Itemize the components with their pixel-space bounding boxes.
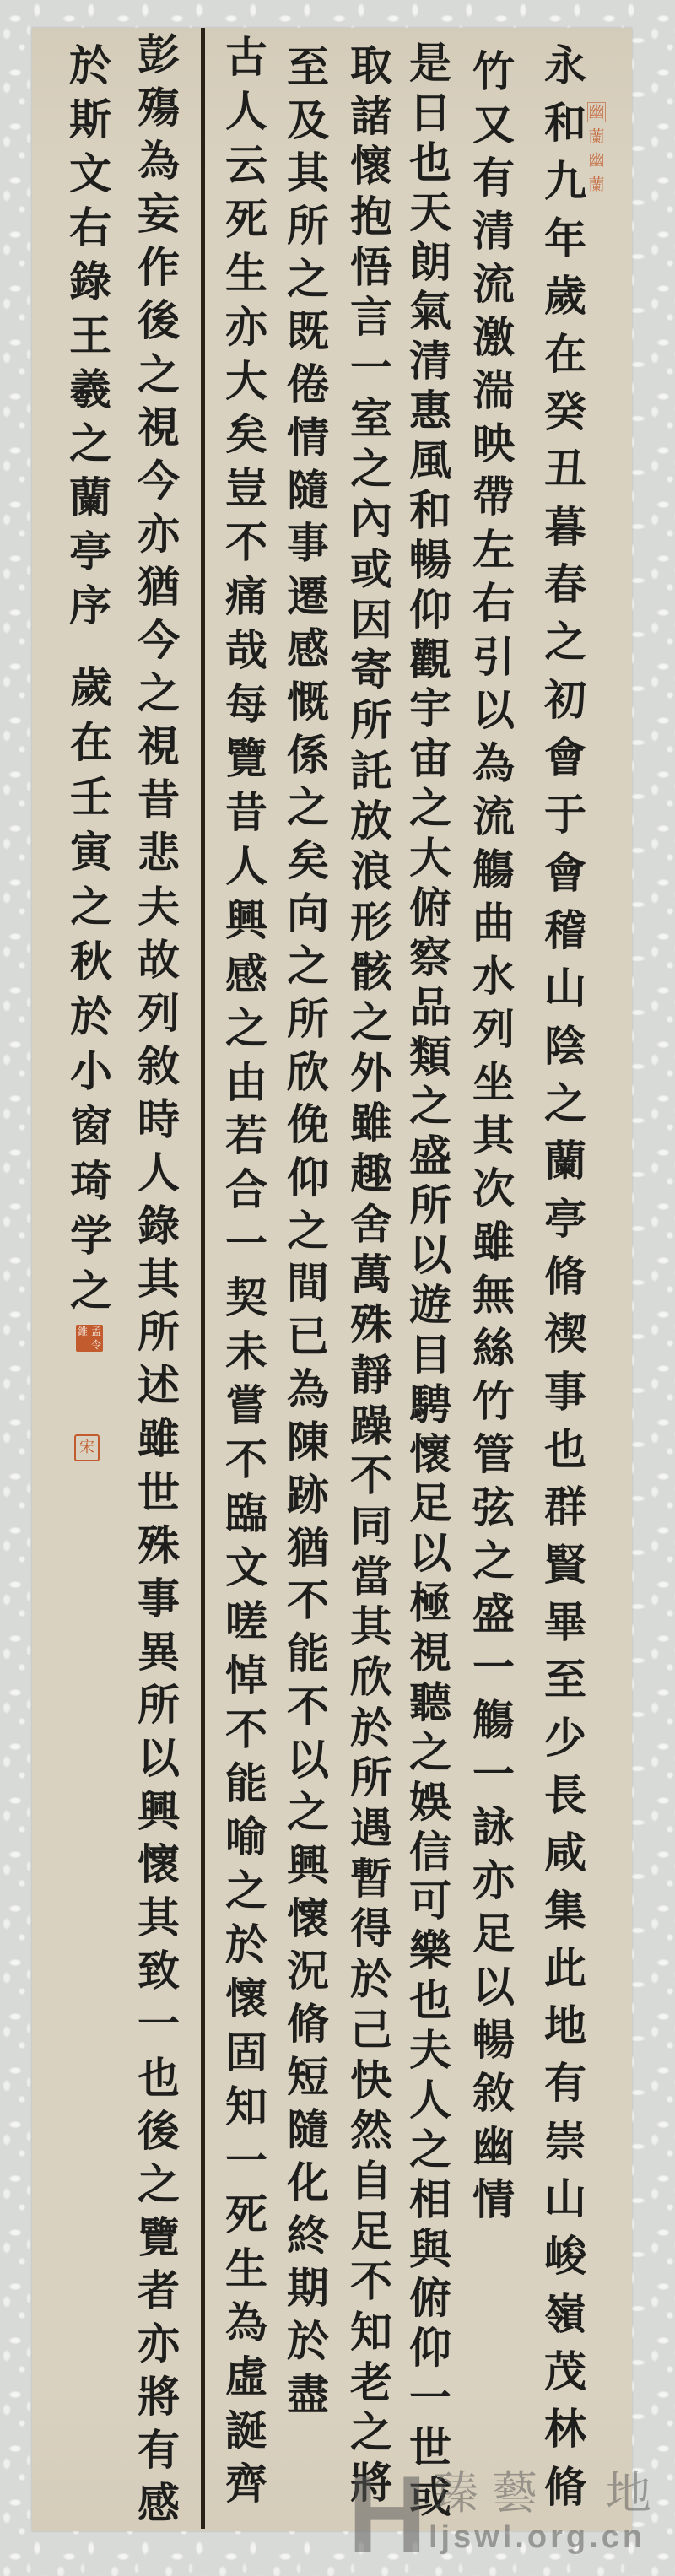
calligraphy-character: 其 xyxy=(138,1897,180,1939)
calligraphy-character: 幽 xyxy=(472,2125,515,2168)
calligraphy-character: 於 xyxy=(287,2320,329,2363)
calligraphy-character: 信 xyxy=(409,1831,451,1873)
calligraphy-character: 人 xyxy=(225,90,267,132)
signature-character: 窗 xyxy=(70,1105,112,1148)
calligraphy-character: 王 xyxy=(69,315,111,357)
text-column-6: 古人云死生亦大矣豈不痛哉每覽昔人興感之由若合一契未嘗不臨文嗟悼不能喻之於懷固知一… xyxy=(221,36,272,2506)
calligraphy-character: 取 xyxy=(350,45,392,87)
calligraphy-character: 當 xyxy=(350,1556,392,1598)
text-column-3: 是日也天朗氣清惠風和暢仰觀宇宙之大俯察品類之盛所以遊目騁懷足以極視聽之娛信可樂也… xyxy=(405,42,456,2519)
calligraphy-character: 世 xyxy=(138,1472,180,1514)
seal-glyph: 幽 xyxy=(588,151,604,170)
calligraphy-character: 有 xyxy=(472,157,515,199)
calligraphy-character: 品 xyxy=(409,986,451,1029)
calligraphy-character: 後 xyxy=(138,300,180,342)
calligraphy-character: 形 xyxy=(350,901,392,943)
calligraphy-character: 亦 xyxy=(472,1860,515,1902)
calligraphy-character: 大 xyxy=(225,360,267,402)
calligraphy-character: 日 xyxy=(409,92,451,134)
calligraphy-character: 契 xyxy=(225,1277,267,1319)
calligraphy-character: 已 xyxy=(287,1315,329,1358)
calligraphy-character: 所 xyxy=(409,1185,451,1227)
calligraphy-character: 之 xyxy=(409,1731,451,1774)
calligraphy-character: 仰 xyxy=(409,2327,451,2369)
calligraphy-character: 一 xyxy=(472,1646,515,1688)
calligraphy-character: 脩 xyxy=(544,1256,586,1298)
calligraphy-character: 清 xyxy=(472,210,515,252)
header-seal: 幽蘭幽蘭 xyxy=(587,103,606,194)
calligraphy-character: 仰 xyxy=(409,589,451,631)
calligraphy-character: 脩 xyxy=(544,2466,586,2508)
calligraphy-character: 所 xyxy=(350,1757,392,1799)
calligraphy-character: 所 xyxy=(287,205,329,247)
calligraphy-character: 骸 xyxy=(350,951,392,993)
calligraphy-character: 為 xyxy=(138,140,180,182)
calligraphy-character: 之 xyxy=(138,2163,180,2206)
calligraphy-character: 悟 xyxy=(350,246,392,289)
calligraphy-character: 集 xyxy=(544,1890,586,1932)
calligraphy-character: 視 xyxy=(138,726,180,768)
calligraphy-character: 夫 xyxy=(138,886,180,928)
calligraphy-character: 春 xyxy=(544,564,586,606)
calligraphy-character: 歲 xyxy=(544,275,586,317)
calligraphy-character: 察 xyxy=(409,937,451,979)
calligraphy-character: 朗 xyxy=(409,241,451,284)
calligraphy-character: 觀 xyxy=(409,639,451,681)
calligraphy-character: 人 xyxy=(409,2079,451,2121)
calligraphy-character: 殊 xyxy=(138,1525,180,1567)
calligraphy-character: 其 xyxy=(287,152,329,194)
calligraphy-character: 懷 xyxy=(350,145,392,187)
calligraphy-character: 之 xyxy=(287,1791,329,1833)
calligraphy-character: 至 xyxy=(544,1659,586,1701)
calligraphy-character: 期 xyxy=(287,2267,329,2309)
calligraphy-character: 樂 xyxy=(409,1930,451,1972)
calligraphy-character: 坐 xyxy=(472,1061,515,1104)
calligraphy-character: 湍 xyxy=(472,370,515,412)
seal-glyph: 蘭 xyxy=(588,176,604,194)
calligraphy-character: 俛 xyxy=(287,1104,329,1146)
calligraphy-character: 之 xyxy=(225,1870,267,1912)
calligraphy-character: 終 xyxy=(287,2215,329,2257)
calligraphy-character: 殤 xyxy=(138,87,180,129)
calligraphy-character: 又 xyxy=(472,104,515,146)
calligraphy-character: 隨 xyxy=(287,469,329,511)
calligraphy-character: 足 xyxy=(472,1913,515,1955)
calligraphy-character: 絲 xyxy=(472,1327,515,1369)
calligraphy-character: 之 xyxy=(138,354,180,396)
calligraphy-character: 於 xyxy=(69,45,111,87)
calligraphy-character: 曲 xyxy=(472,902,515,944)
signature-character: 之 xyxy=(70,1270,112,1312)
calligraphy-character: 知 xyxy=(225,2086,267,2128)
calligraphy-character: 足 xyxy=(350,2211,392,2253)
calligraphy-character: 妄 xyxy=(138,193,180,235)
calligraphy-character: 生 xyxy=(225,252,267,294)
calligraphy-character: 騁 xyxy=(409,1384,451,1426)
calligraphy-character: 嘗 xyxy=(225,1385,267,1427)
calligraphy-character: 所 xyxy=(138,1684,180,1726)
calligraphy-character: 因 xyxy=(350,599,392,641)
calligraphy-character: 一 xyxy=(138,2003,180,2045)
calligraphy-character: 哉 xyxy=(225,629,267,672)
calligraphy-character: 興 xyxy=(138,1790,180,1833)
calligraphy-character: 峻 xyxy=(544,2235,586,2277)
calligraphy-character: 以 xyxy=(138,1737,180,1779)
calligraphy-character: 右 xyxy=(472,582,515,624)
calligraphy-character: 不 xyxy=(350,2260,392,2303)
calligraphy-character: 懷 xyxy=(287,1898,329,1940)
calligraphy-character: 不 xyxy=(225,1439,267,1481)
calligraphy-character: 之 xyxy=(287,786,329,829)
seal-glyph: 錐 xyxy=(78,1326,88,1337)
calligraphy-character: 固 xyxy=(225,2032,267,2074)
calligraphy-character: 觴 xyxy=(472,849,515,891)
calligraphy-character: 盛 xyxy=(472,1593,515,1635)
calligraphy-character: 之 xyxy=(287,1210,329,1252)
calligraphy-character: 錄 xyxy=(138,1205,180,1247)
calligraphy-character: 觴 xyxy=(472,1699,515,1742)
calligraphy-character: 猶 xyxy=(138,566,180,608)
calligraphy-character: 未 xyxy=(225,1331,267,1373)
calligraphy-character: 得 xyxy=(350,1908,392,1950)
calligraphy-character: 人 xyxy=(225,845,267,888)
calligraphy-character: 娛 xyxy=(409,1781,451,1823)
calligraphy-character: 興 xyxy=(287,1844,329,1887)
calligraphy-character: 夫 xyxy=(409,2029,451,2071)
calligraphy-character: 亭 xyxy=(544,1198,586,1240)
calligraphy-character: 錄 xyxy=(69,261,111,303)
calligraphy-character: 亦 xyxy=(225,306,267,348)
calligraphy-character: 稽 xyxy=(544,910,586,952)
calligraphy-character: 昔 xyxy=(138,779,180,821)
calligraphy-character: 一 xyxy=(350,347,392,389)
text-column-7: 彭殤為妄作後之視今亦猶今之視昔悲夫故列敘時人錄其所述雖世殊事異所以興懷其致一也後… xyxy=(133,34,184,2525)
calligraphy-character: 既 xyxy=(287,311,329,353)
column-divider-line xyxy=(201,28,205,2529)
calligraphy-character: 懷 xyxy=(225,1978,267,2020)
calligraphy-character: 事 xyxy=(544,1371,586,1413)
calligraphy-character: 之 xyxy=(287,945,329,987)
calligraphy-character: 山 xyxy=(544,967,586,1009)
calligraphy-character: 若 xyxy=(225,1115,267,1157)
calligraphy-character: 痛 xyxy=(225,575,267,618)
calligraphy-character: 癸 xyxy=(544,391,586,433)
calligraphy-character: 雖 xyxy=(472,1221,515,1263)
calligraphy-character: 左 xyxy=(472,529,515,571)
calligraphy-character: 臨 xyxy=(225,1493,267,1535)
signature-character: 壬 xyxy=(70,776,112,818)
calligraphy-character: 盡 xyxy=(287,2373,329,2416)
calligraphy-character: 暫 xyxy=(350,1858,392,1900)
signature-character: 学 xyxy=(70,1215,112,1257)
calligraphy-character: 右 xyxy=(69,207,111,249)
calligraphy-character: 茂 xyxy=(544,2351,586,2393)
calligraphy-character: 不 xyxy=(350,1455,392,1497)
calligraphy-character: 況 xyxy=(287,1950,329,1992)
calligraphy-character: 序 xyxy=(69,585,111,627)
calligraphy-character: 浪 xyxy=(350,851,392,893)
signature-character: 在 xyxy=(70,721,112,764)
name-seal: 孟令錐 xyxy=(76,1325,103,1352)
calligraphy-character: 是 xyxy=(409,42,451,84)
calligraphy-character: 帶 xyxy=(472,476,515,518)
calligraphy-character: 同 xyxy=(350,1505,392,1547)
calligraphy-character: 間 xyxy=(287,1262,329,1304)
calligraphy-character: 喻 xyxy=(225,1816,267,1858)
calligraphy-character: 所 xyxy=(138,1311,180,1353)
calligraphy-character: 于 xyxy=(544,794,586,836)
calligraphy-character: 有 xyxy=(138,2429,180,2471)
calligraphy-character: 陳 xyxy=(287,1421,329,1463)
calligraphy-character: 一 xyxy=(225,2140,267,2182)
calligraphy-character: 合 xyxy=(225,1169,267,1211)
calligraphy-character: 竹 xyxy=(472,51,515,93)
calligraphy-character: 弦 xyxy=(472,1487,515,1529)
calligraphy-character: 暮 xyxy=(544,506,586,548)
calligraphy-character: 視 xyxy=(409,1632,451,1674)
calligraphy-character: 事 xyxy=(287,522,329,564)
calligraphy-character: 由 xyxy=(225,1061,267,1104)
calligraphy-character: 懷 xyxy=(409,1434,451,1476)
calligraphy-character: 能 xyxy=(225,1763,267,1805)
calligraphy-character: 古 xyxy=(225,36,267,78)
calligraphy-character: 之 xyxy=(544,1083,586,1125)
calligraphy-character: 在 xyxy=(544,333,586,375)
calligraphy-character: 欣 xyxy=(350,1656,392,1698)
calligraphy-character: 也 xyxy=(544,1428,586,1471)
calligraphy-character: 情 xyxy=(287,417,329,459)
calligraphy-character: 致 xyxy=(138,1950,180,1992)
calligraphy-character: 一 xyxy=(409,2377,451,2419)
calligraphy-character: 與 xyxy=(409,2228,451,2271)
calligraphy-character: 極 xyxy=(409,1582,451,1624)
calligraphy-character: 隨 xyxy=(287,2109,329,2151)
calligraphy-character: 室 xyxy=(350,397,392,440)
calligraphy-character: 相 xyxy=(409,2179,451,2221)
calligraphy-character: 盛 xyxy=(409,1135,451,1177)
calligraphy-character: 激 xyxy=(472,316,515,359)
calligraphy-character: 九 xyxy=(544,160,586,203)
calligraphy-character: 此 xyxy=(544,1947,586,1990)
calligraphy-character: 之 xyxy=(350,1002,392,1044)
signature-character: 寅 xyxy=(70,831,112,873)
calligraphy-character: 事 xyxy=(138,1578,180,1620)
calligraphy-character: 羲 xyxy=(69,369,111,411)
calligraphy-character: 引 xyxy=(472,636,515,678)
calligraphy-character: 知 xyxy=(350,2311,392,2353)
calligraphy-character: 嗟 xyxy=(225,1601,267,1643)
calligraphy-character: 不 xyxy=(225,1709,267,1751)
calligraphy-character: 於 xyxy=(225,1924,267,1966)
calligraphy-character: 文 xyxy=(225,1547,267,1589)
calligraphy-character: 向 xyxy=(287,893,329,935)
calligraphy-character: 快 xyxy=(350,2060,392,2102)
calligraphy-character: 死 xyxy=(225,2194,267,2236)
calligraphy-character: 蘭 xyxy=(544,1140,586,1182)
calligraphy-character: 其 xyxy=(138,1258,180,1300)
calligraphy-character: 天 xyxy=(409,192,451,234)
calligraphy-character: 今 xyxy=(138,619,180,662)
calligraphy-character: 能 xyxy=(287,1633,329,1675)
calligraphy-character: 為 xyxy=(225,2302,267,2344)
calligraphy-character: 其 xyxy=(472,1115,515,1157)
calligraphy-character: 不 xyxy=(287,1580,329,1622)
calligraphy-character: 異 xyxy=(138,1631,180,1673)
calligraphy-character: 覽 xyxy=(138,2217,180,2259)
calligraphy-character: 死 xyxy=(225,198,267,240)
calligraphy-character: 風 xyxy=(409,440,451,482)
calligraphy-character: 清 xyxy=(409,340,451,382)
calligraphy-character: 慨 xyxy=(287,681,329,723)
calligraphy-character: 述 xyxy=(138,1364,180,1407)
calligraphy-character: 不 xyxy=(287,1686,329,1728)
calligraphy-character: 為 xyxy=(287,1369,329,1411)
calligraphy-character: 其 xyxy=(350,1606,392,1648)
calligraphy-character: 舍 xyxy=(350,1203,392,1245)
calligraphy-character: 老 xyxy=(350,2362,392,2404)
calligraphy-character: 齊 xyxy=(225,2463,267,2505)
calligraphy-character: 世 xyxy=(409,2427,451,2469)
calligraphy-character: 俯 xyxy=(409,887,451,929)
calligraphy-character: 長 xyxy=(544,1774,586,1817)
calligraphy-character: 亭 xyxy=(69,531,111,573)
calligraphy-character: 至 xyxy=(287,46,329,89)
calligraphy-character: 宇 xyxy=(409,688,451,730)
calligraphy-character: 少 xyxy=(544,1717,586,1759)
calligraphy-character: 可 xyxy=(409,1880,451,1922)
calligraphy-character: 生 xyxy=(225,2248,267,2290)
calligraphy-character: 故 xyxy=(138,939,180,981)
calligraphy-character: 昔 xyxy=(225,791,267,834)
calligraphy-character: 為 xyxy=(472,743,515,785)
calligraphy-character: 賢 xyxy=(544,1544,586,1586)
calligraphy-character: 之 xyxy=(409,2129,451,2171)
calligraphy-character: 亦 xyxy=(138,2323,180,2365)
calligraphy-character: 感 xyxy=(138,2482,180,2525)
calligraphy-character: 以 xyxy=(472,689,515,732)
calligraphy-character: 悼 xyxy=(225,1655,267,1697)
calligraphy-character: 放 xyxy=(350,800,392,842)
calligraphy-character: 之 xyxy=(225,1007,267,1050)
calligraphy-character: 於 xyxy=(350,1707,392,1749)
calligraphy-character: 斯 xyxy=(69,99,111,141)
calligraphy-character: 感 xyxy=(225,953,267,996)
calligraphy-character: 矣 xyxy=(225,413,267,456)
calligraphy-character: 也 xyxy=(138,2057,180,2099)
calligraphy-character: 短 xyxy=(287,2056,329,2098)
calligraphy-character: 會 xyxy=(544,737,586,779)
calligraphy-character: 將 xyxy=(138,2376,180,2418)
calligraphy-character: 流 xyxy=(472,796,515,838)
calligraphy-character: 會 xyxy=(544,852,586,894)
calligraphy-character: 趣 xyxy=(350,1153,392,1195)
calligraphy-character: 豈 xyxy=(225,467,267,510)
calligraphy-character: 映 xyxy=(472,423,515,465)
calligraphy-character: 以 xyxy=(409,1532,451,1574)
calligraphy-character: 和 xyxy=(544,102,586,144)
calligraphy-character: 殊 xyxy=(350,1304,392,1346)
calligraphy-character: 竹 xyxy=(472,1380,515,1423)
calligraphy-character: 虛 xyxy=(225,2356,267,2398)
calligraphy-character: 懷 xyxy=(138,1844,180,1886)
calligraphy-character: 脩 xyxy=(287,2003,329,2045)
calligraphy-character: 永 xyxy=(544,45,586,87)
calligraphy-character: 無 xyxy=(472,1274,515,1316)
text-column-1: 永和九年歲在癸丑暮春之初會于會稽山陰之蘭亭脩禊事也群賢畢至少長咸集此地有崇山峻嶺… xyxy=(540,45,591,2508)
seal-glyph: 令 xyxy=(91,1339,101,1351)
calligraphy-character: 遷 xyxy=(287,575,329,618)
calligraphy-character: 有 xyxy=(544,2062,586,2104)
calligraphy-character: 己 xyxy=(350,2009,392,2051)
calligraphy-character: 時 xyxy=(138,1099,180,1141)
calligraphy-character: 內 xyxy=(350,498,392,540)
calligraphy-character: 嶺 xyxy=(544,2293,586,2336)
calligraphy-character: 寄 xyxy=(350,649,392,691)
calligraphy-character: 雖 xyxy=(350,1102,392,1144)
calligraphy-character: 自 xyxy=(350,2160,392,2202)
calligraphy-character: 林 xyxy=(544,2408,586,2450)
calligraphy-character: 水 xyxy=(472,955,515,997)
signature-character: 歲 xyxy=(70,667,112,709)
calligraphy-character: 咸 xyxy=(544,1832,586,1874)
calligraphy-character: 萬 xyxy=(350,1254,392,1296)
studio-seal: 宋 xyxy=(74,1434,100,1461)
calligraphy-character: 感 xyxy=(287,628,329,670)
calligraphy-character: 目 xyxy=(409,1334,451,1376)
calligraphy-character: 禊 xyxy=(544,1313,586,1355)
calligraphy-character: 大 xyxy=(409,837,451,879)
calligraphy-character: 託 xyxy=(350,750,392,792)
calligraphy-character: 列 xyxy=(138,992,180,1034)
calligraphy-character: 每 xyxy=(225,683,267,726)
calligraphy-character: 群 xyxy=(544,1486,586,1528)
calligraphy-character: 類 xyxy=(409,1036,451,1078)
signature-inscription: 歲在壬寅之秋於小窗琦学之 xyxy=(66,667,116,1312)
calligraphy-character: 惠 xyxy=(409,390,451,432)
calligraphy-character: 山 xyxy=(544,2178,586,2220)
signature-character: 琦 xyxy=(70,1160,112,1202)
text-column-4: 取諸懷抱悟言一室之內或因寄所託放浪形骸之外雖趣舍萬殊靜躁不同當其欣於所遇暫得於己… xyxy=(346,45,397,2504)
calligraphy-character: 以 xyxy=(472,1966,515,2008)
calligraphy-character: 一 xyxy=(225,1223,267,1265)
calligraphy-character: 畢 xyxy=(544,1601,586,1644)
calligraphy-character: 抱 xyxy=(350,196,392,238)
calligraphy-character: 次 xyxy=(472,1168,515,1210)
calligraphy-character: 靜 xyxy=(350,1354,392,1396)
calligraphy-character: 地 xyxy=(544,2005,586,2047)
calligraphy-character: 陰 xyxy=(544,1025,586,1067)
calligraphy-character: 跡 xyxy=(287,1474,329,1516)
calligraphy-character: 列 xyxy=(472,1008,515,1050)
seal-glyph: 蘭 xyxy=(588,127,604,146)
calligraphy-character: 化 xyxy=(287,2162,329,2204)
calligraphy-character: 敘 xyxy=(472,2072,515,2114)
calligraphy-character: 年 xyxy=(544,218,586,260)
text-column-8: 於斯文右錄王羲之蘭亭序 xyxy=(65,45,116,627)
calligraphy-character: 將 xyxy=(350,2462,392,2504)
signature-character: 小 xyxy=(70,1050,112,1093)
calligraphy-character: 躁 xyxy=(350,1405,392,1447)
text-column-2: 竹又有清流激湍映帶左右引以為流觴曲水列坐其次雖無絲竹管弦之盛一觴一詠亦足以暢敘幽… xyxy=(468,51,519,2221)
calligraphy-character: 暢 xyxy=(472,2019,515,2061)
calligraphy-character: 欣 xyxy=(287,1051,329,1094)
calligraphy-character: 以 xyxy=(287,1739,329,1781)
calligraphy-character: 之 xyxy=(544,621,586,663)
calligraphy-character: 於 xyxy=(350,1958,392,2001)
calligraphy-character: 猶 xyxy=(287,1527,329,1569)
calligraphy-character: 詠 xyxy=(472,1806,515,1849)
